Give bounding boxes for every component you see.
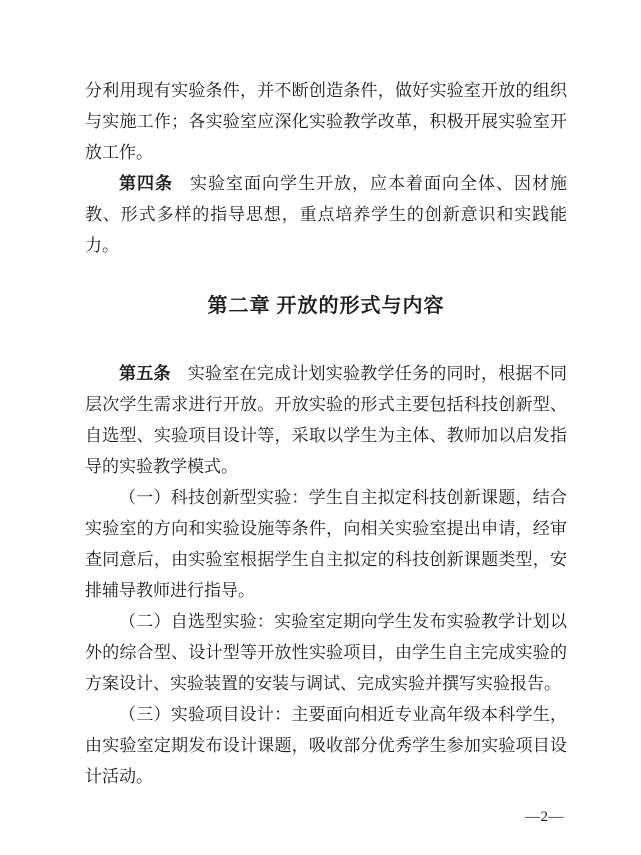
document-page: 分利用现有实验条件，并不断创造条件，做好实验室开放的组织与实施工作；各实验室应深…: [0, 0, 641, 855]
document-body: 分利用现有实验条件，并不断创造条件，做好实验室开放的组织与实施工作；各实验室应深…: [85, 75, 567, 792]
paragraph-article-5: 第五条实验室在完成计划实验教学任务的同时，根据不同层次学生需求进行开放。开放实验…: [85, 358, 567, 482]
article-5-label: 第五条: [119, 364, 171, 383]
paragraph-item-3: （三）实验项目设计：主要面向相近专业高年级本科学生，由实验室定期发布设计课题，吸…: [85, 699, 567, 792]
paragraph-item-2: （二）自选型实验：实验室定期向学生发布实验教学计划以外的综合型、设计型等开放性实…: [85, 606, 567, 699]
paragraph-continuation: 分利用现有实验条件，并不断创造条件，做好实验室开放的组织与实施工作；各实验室应深…: [85, 75, 567, 168]
paragraph-article-4: 第四条实验室面向学生开放，应本着面向全体、因材施教、形式多样的指导思想，重点培养…: [85, 168, 567, 261]
chapter-2-heading: 第二章 开放的形式与内容: [85, 291, 567, 322]
paragraph-item-1: （一）科技创新型实验：学生自主拟定科技创新课题，结合实验室的方向和实验设施等条件…: [85, 482, 567, 606]
page-number: —2—: [525, 808, 564, 826]
article-4-label: 第四条: [119, 174, 173, 193]
